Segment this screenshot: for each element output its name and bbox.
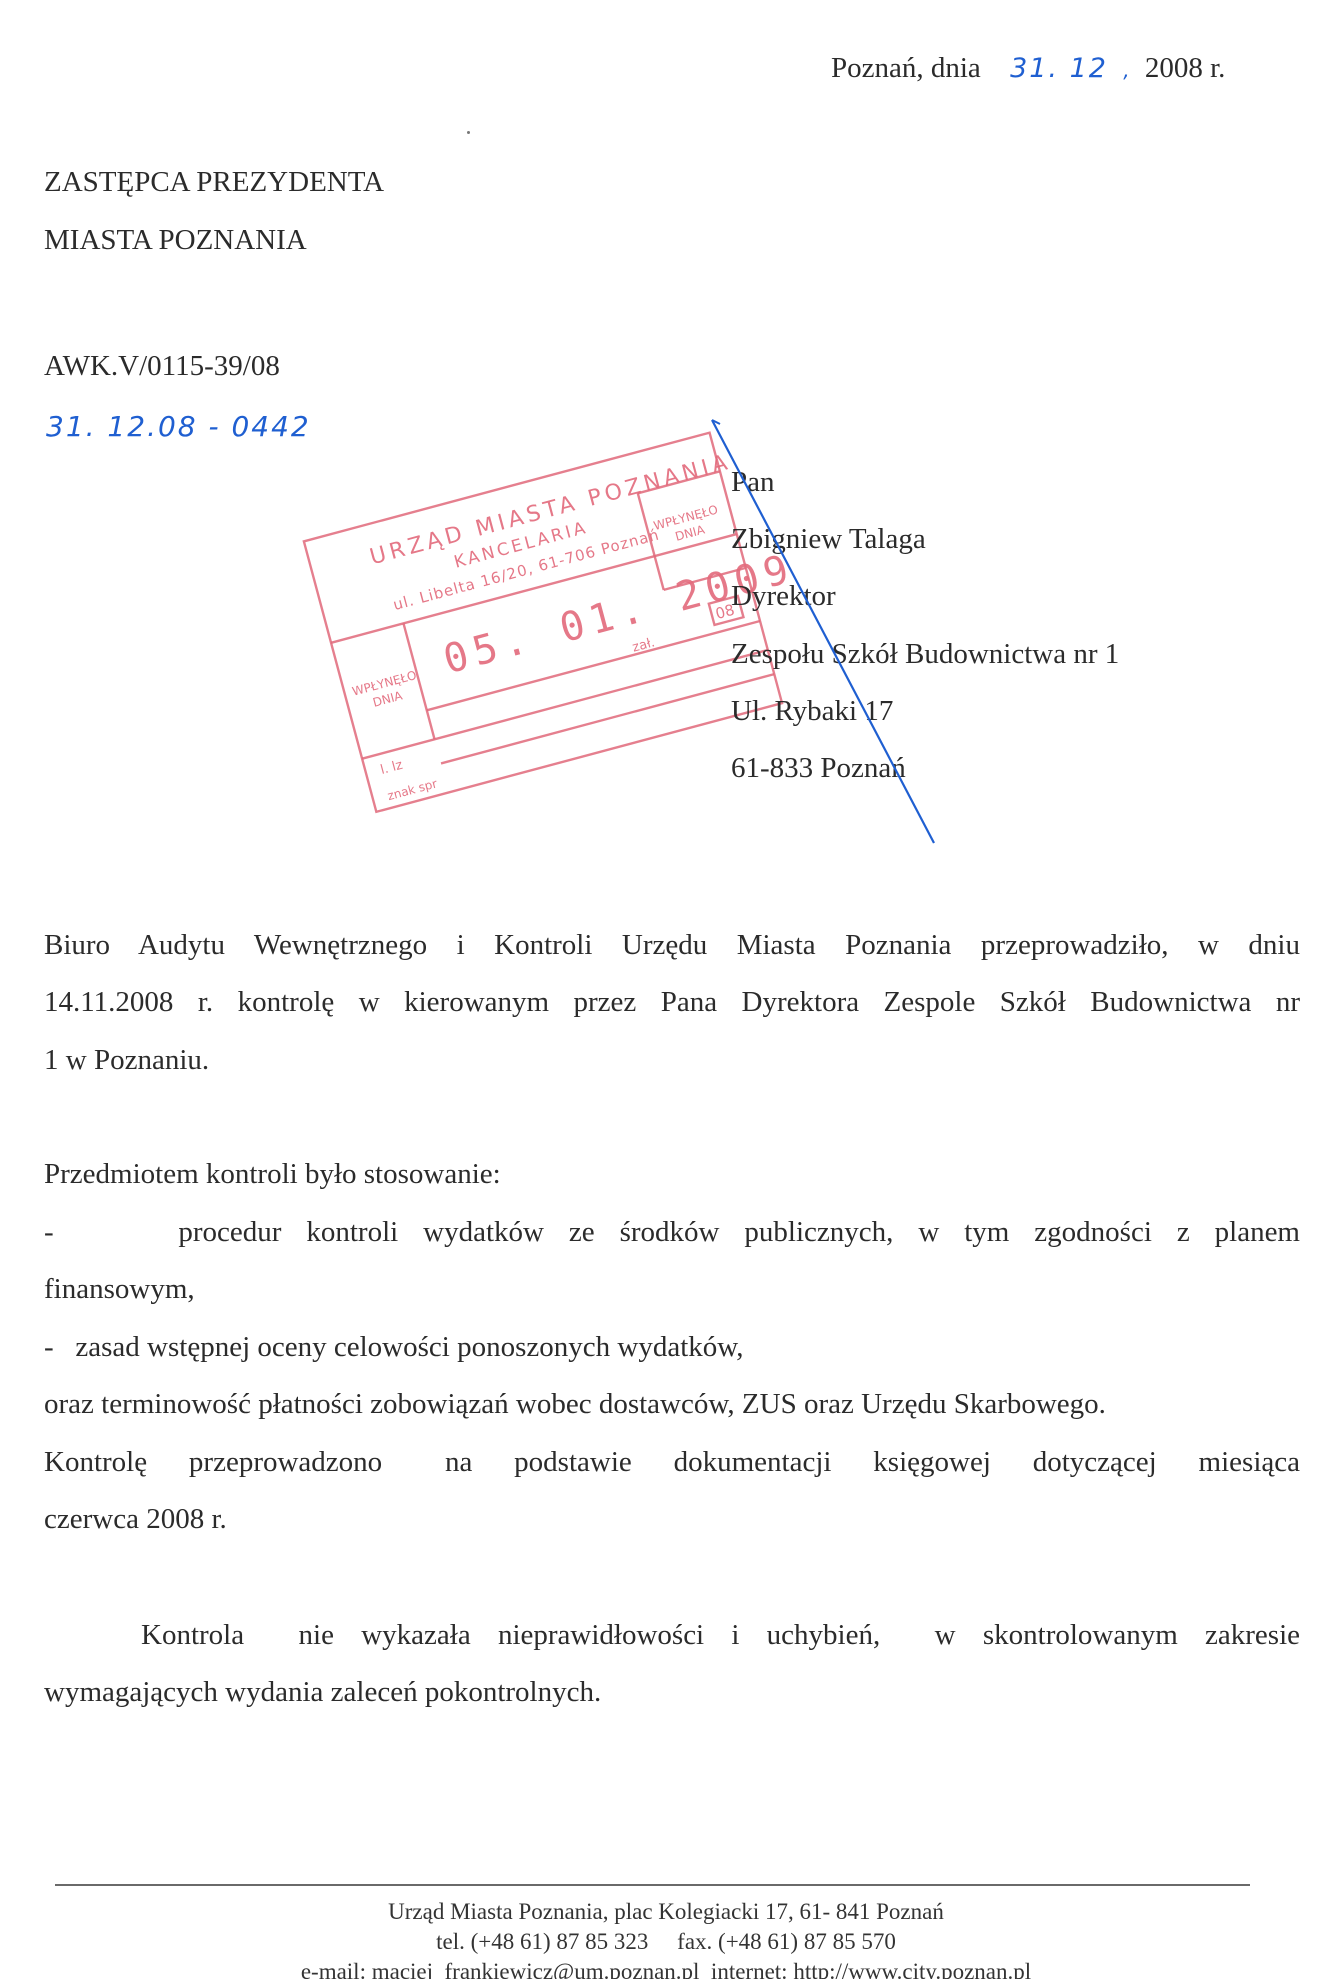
sender-title-line2: MIASTA POZNANIA	[44, 226, 307, 255]
footer-email-web: e-mail: maciej frankiewicz@um.poznan.pl …	[0, 1960, 1332, 1979]
reference-number: AWK.V/0115-39/08	[44, 352, 280, 381]
recipient-organization: Zespołu Szkół Budownictwa nr 1	[731, 640, 1119, 669]
footer-phone-fax: tel. (+48 61) 87 85 323 fax. (+48 61) 87…	[0, 1930, 1332, 1953]
body-p1-line3: 1 w Poznaniu.	[44, 1046, 209, 1075]
recipient-name: Zbigniew Talaga	[731, 525, 926, 554]
stamp-received-label-right: WPŁYNĘŁO	[652, 502, 719, 533]
recipient-street: Ul. Rybaki 17	[731, 697, 893, 726]
recipient-salutation: Pan	[731, 468, 775, 497]
place-date: Poznań, dnia 31. 12 , 2008 r.	[831, 54, 1225, 83]
footer-address: Urząd Miasta Poznania, plac Kolegiacki 1…	[0, 1900, 1332, 1923]
footer-divider	[55, 1884, 1250, 1886]
body-p2-item2: - zasad wstępnej oceny celowości ponoszo…	[44, 1333, 744, 1362]
body-p1-line2: 14.11.2008 r. kontrolę w kierowanym prze…	[44, 988, 1300, 1017]
stamp-field-znak: znak spr	[386, 776, 439, 803]
stamp-address: ul. Libelta 16/20, 61-706 Poznań	[391, 525, 661, 614]
stamp-received-day-right: DNIA	[674, 522, 707, 543]
body-p3-line2: wymagających wydania zaleceń pokontrolny…	[44, 1678, 601, 1707]
body-p2-oraz: oraz terminowość płatności zobowiązań wo…	[44, 1390, 1106, 1419]
body-p2-item1-line2: finansowym,	[44, 1275, 195, 1304]
place-date-prefix: Poznań, dnia	[831, 52, 981, 84]
body-p2-intro: Przedmiotem kontroli było stosowanie:	[44, 1160, 501, 1189]
sender-title-line1: ZASTĘPCA PREZYDENTA	[44, 168, 384, 197]
stamp-received-label-left: WPŁYNĘŁO	[351, 668, 418, 699]
handwritten-reference: 31. 12.08 - 0442	[46, 410, 311, 443]
stray-mark	[467, 131, 470, 134]
body-p1-line1: Biuro Audytu Wewnętrznego i Kontroli Urz…	[44, 931, 1300, 960]
stamp-received-day-left: DNIA	[371, 688, 404, 709]
handwritten-date: 31. 12	[1010, 53, 1108, 84]
stamp-field-lz: l. lz	[379, 758, 405, 778]
recipient-city: 61-833 Poznań	[731, 754, 906, 783]
stamp-title: URZĄD MIASTA POZNANIA	[367, 450, 734, 571]
body-p2-kontrole-line1: Kontrolę przeprowadzono na podstawie dok…	[44, 1448, 1300, 1477]
recipient-title: Dyrektor	[731, 582, 836, 611]
date-comma: ,	[1123, 58, 1131, 82]
body-p2-item1-line1: - procedur kontroli wydatków ze środków …	[44, 1218, 1300, 1247]
body-p3-line1: Kontrola nie wykazała nieprawidłowości i…	[141, 1621, 1300, 1650]
received-stamp: URZĄD MIASTA POZNANIA KANCELARIA ul. Lib…	[322, 425, 742, 815]
year-suffix: 2008 r.	[1145, 52, 1226, 84]
stamp-field-zal: zał.	[631, 635, 657, 655]
body-p2-kontrole-line2: czerwca 2008 r.	[44, 1505, 227, 1534]
stamp-subtitle: KANCELARIA	[452, 518, 590, 573]
